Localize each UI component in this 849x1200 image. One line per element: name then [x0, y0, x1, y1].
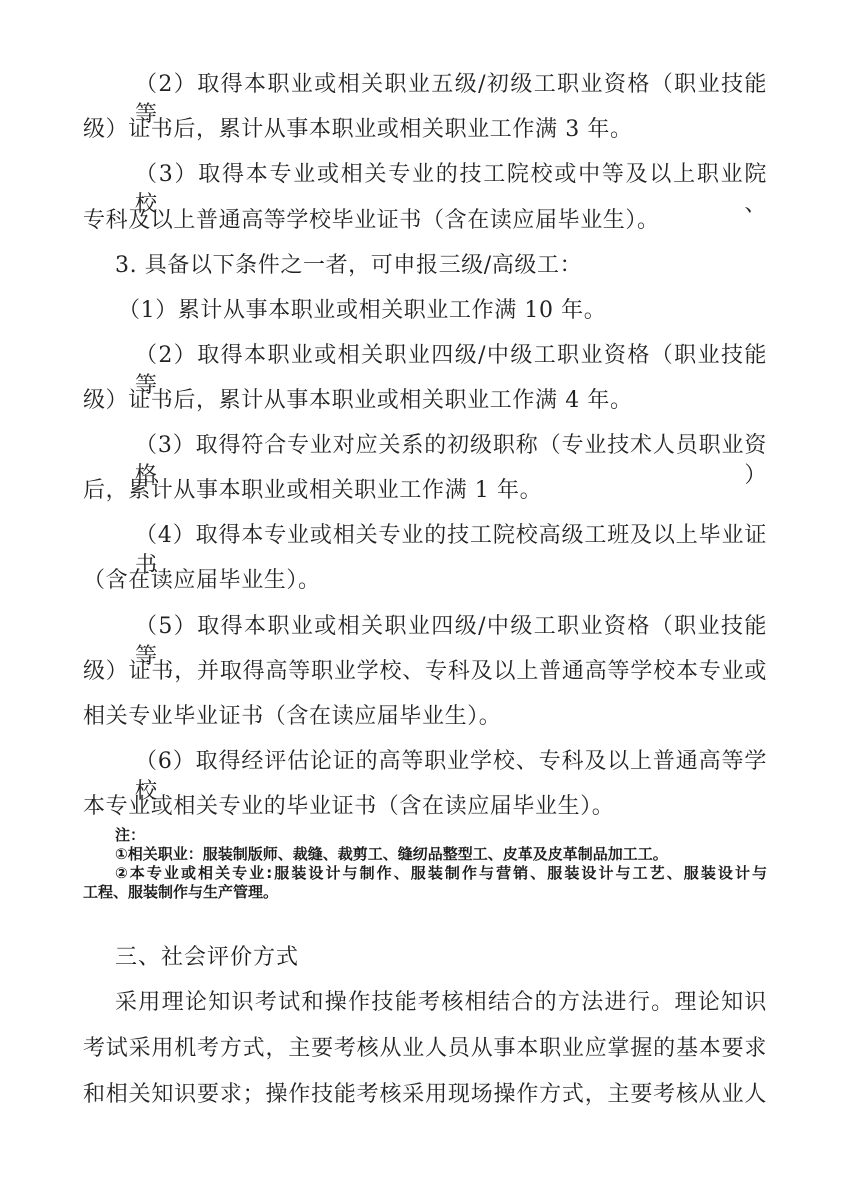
section-item-header: 3. 具备以下条件之一者，可申报三级/高级工： [115, 251, 582, 281]
paragraph-line: 考试采用机考方式，主要考核从业人员从事本职业应掌握的基本要求 [83, 1034, 767, 1064]
paragraph-line: 和相关知识要求；操作技能考核采用现场操作方式，主要考核从业人 [83, 1080, 767, 1110]
paragraph-line: （含在读应届毕业生）。 [83, 566, 321, 596]
paragraph-line: 级）证书后，累计从事本职业或相关职业工作满 4 年。 [83, 386, 633, 416]
paragraph-line: 采用理论知识考试和操作技能考核相结合的方法进行。理论知识 [115, 988, 767, 1018]
paragraph-line: 专科及以上普通高等学校毕业证书（含在读应届毕业生）。 [83, 206, 660, 236]
paragraph-line: 级）证书后，累计从事本职业或相关职业工作满 3 年。 [83, 115, 633, 145]
paragraph-line: （1）累计从事本职业或相关职业工作满 10 年。 [118, 296, 606, 326]
paragraph-line: 相关专业毕业证书（含在读应届毕业生）。 [83, 702, 501, 732]
document-page: （2）取得本职业或相关职业五级/初级工职业资格（职业技能等 级）证书后，累计从事… [0, 0, 849, 1200]
paragraph-line: 后，累计从事本职业或相关职业工作满 1 年。 [83, 476, 542, 506]
note-item: ①相关职业：服装制版师、裁缝、裁剪工、缝纫品整型工、皮革及皮革制品加工工。 [115, 845, 668, 864]
section-heading: 三、社会评价方式 [115, 943, 299, 973]
paragraph-line: 本专业或相关专业的毕业证书（含在读应届毕业生）。 [83, 792, 614, 822]
paragraph-line: 级）证书，并取得高等职业学校、专科及以上普通高等学校本专业或 [83, 657, 767, 687]
note-item: ②本专业或相关专业:服装设计与制作、服装制作与营销、服装设计与工艺、服装设计与 [115, 864, 767, 883]
notes-label: 注： [115, 826, 145, 845]
note-item-continuation: 工程、服装制作与生产管理。 [83, 883, 278, 902]
